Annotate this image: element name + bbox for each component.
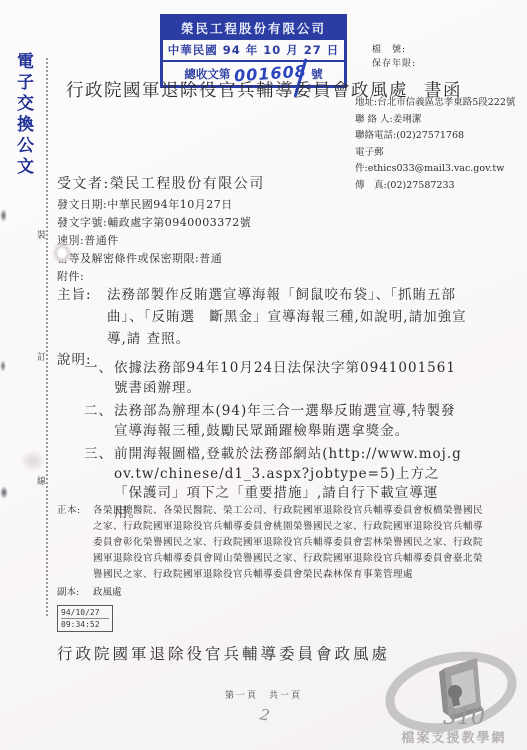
distribution-section: 正本: 各榮民總醫院、各榮民醫院、榮工公司、行政院國軍退除役官兵輔導委員會板橋榮… (57, 503, 489, 664)
scanned-document-page: 電子交換公文 裝 訂 線 榮民工程股份有限公司 中華民國 94 年 10 月 2… (0, 0, 527, 750)
contact-block: 地址:台北市信義區忠孝東路5段222號 聯 絡 人:姜琍潔 聯絡電話:(02)2… (355, 95, 527, 194)
explanation-item-2: 二、 法務部為辦理本(94)年三合一選舉反賄選宣導,特製發宣導海報三種,鼓勵民眾… (84, 402, 480, 441)
attachment-line: 附件: (57, 268, 84, 284)
cc-recipients-row: 副本: 政風處 (57, 585, 489, 601)
recipient-value: 榮民工程股份有限公司 (110, 176, 265, 192)
issue-date-value: 中華民國94年10月27日 (107, 198, 233, 211)
recipient-line: 受文者:榮民工程股份有限公司 (57, 173, 265, 193)
cc-copy-label: 副本: (57, 585, 93, 601)
scan-artifact (20, 450, 46, 472)
phone-label: 聯絡電話: (355, 130, 396, 141)
item-2-text: 法務部為辦理本(94)年三合一選舉反賄選宣導,特製發宣導海報三種,鼓勵民眾踊躍檢… (114, 402, 462, 441)
issue-number-value: 輔政處字第0940003372號 (107, 216, 251, 229)
binding-dotted-line (46, 58, 48, 616)
fax-value: (02)27587233 (387, 180, 455, 191)
recipient-label: 受文者: (57, 176, 110, 192)
fax-label: 傳 真: (355, 180, 387, 191)
retention-period-label: 保存年限: (372, 58, 416, 72)
timestamp-time: 09:34:52 (61, 618, 109, 630)
file-number-label: 檔 號: (372, 44, 416, 58)
security-class-label: 密等及解密條件或保密期限: (57, 252, 199, 265)
original-recipients-row: 正本: 各榮民總醫院、各榮民醫院、榮工公司、行政院國軍退除役官兵輔導委員會板橋榮… (57, 503, 489, 583)
issue-date-label: 發文日期: (57, 198, 107, 211)
received-stamp-company: 榮民工程股份有限公司 (163, 17, 344, 40)
binding-mark-xian: 線 (37, 476, 46, 488)
contact-address-line: 地址:台北市信義區忠孝東路5段222號 (355, 95, 527, 112)
original-copy-label: 正本: (57, 503, 93, 583)
contact-email-line: 電子郵件:ethics033@mail3.vac.gov.tw (355, 145, 527, 178)
timestamp-stamp: 94/10/27 09:34:52 (57, 605, 113, 632)
item-1-number: 一、 (84, 359, 114, 398)
issue-number-line: 發文字號:輔政處字第0940003372號 (57, 214, 251, 230)
scan-artifact (0, 360, 6, 372)
speed-class-label: 速別: (57, 234, 84, 247)
scan-artifact (0, 209, 7, 222)
electronic-exchange-label: 電子交換公文 (11, 52, 36, 178)
issue-number-label: 發文字號: (57, 216, 107, 229)
address-label: 地址: (355, 97, 377, 108)
original-copy-list: 各榮民總醫院、各榮民醫院、榮工公司、行政院國軍退除役官兵輔導委員會板橋榮譽國民之… (93, 503, 487, 583)
received-stamp-date: 中華民國 94 年 10 月 27 日 (163, 40, 344, 62)
issue-date-line: 發文日期:中華民國94年10月27日 (57, 196, 233, 212)
binding-mark-zhuang: 裝 (37, 230, 46, 242)
scan-artifact (0, 486, 8, 499)
explanation-item-1: 一、 依據法務部94年10月24日法保決字第0941001561號書函辦理。 (84, 359, 480, 398)
item-2-number: 二、 (84, 402, 114, 441)
speed-class-line: 速別:普通件 (57, 232, 119, 248)
contact-fax-line: 傳 真:(02)27587233 (355, 178, 527, 195)
attachment-label: 附件: (57, 270, 84, 283)
file-header: 檔 號: 保存年限: (372, 44, 416, 71)
item-1-text: 依據法務部94年10月24日法保決字第0941001561號書函辦理。 (114, 359, 462, 398)
person-label: 聯 絡 人: (355, 114, 393, 125)
email-value: ethics033@mail3.vac.gov.tw (368, 163, 505, 174)
explanation-items: 一、 依據法務部94年10月24日法保決字第0941001561號書函辦理。 二… (84, 359, 480, 527)
subject-section: 主旨: 法務部製作反賄選宣導海報「飼鼠咬布袋」、「抓賄五部曲」、「反賄選 斷黑金… (57, 284, 479, 350)
handwritten-page-mark: 2 (259, 705, 272, 724)
contact-person-line: 聯 絡 人:姜琍潔 (355, 112, 527, 129)
subject-label: 主旨: (57, 284, 107, 350)
person-value: 姜琍潔 (393, 114, 422, 125)
speed-class-value: 普通件 (84, 234, 119, 247)
binding-mark-ding: 訂 (37, 352, 46, 364)
subject-text: 法務部製作反賄選宣導海報「飼鼠咬布袋」、「抓賄五部曲」、「反賄選 斷黑金」宣導海… (107, 284, 467, 350)
watermark-caption: 檔案支援教學網 (387, 727, 521, 746)
timestamp-date: 94/10/27 (61, 607, 109, 618)
archive-watermark: 310 檔案支援教學網 (385, 646, 525, 748)
address-value: 台北市信義區忠孝東路5段222號 (377, 97, 515, 108)
phone-value: (02)27571768 (396, 130, 464, 141)
security-class-value: 普通 (199, 252, 222, 265)
contact-phone-line: 聯絡電話:(02)27571768 (355, 128, 527, 145)
cc-copy-value: 政風處 (93, 585, 122, 601)
security-class-line: 密等及解密條件或保密期限:普通 (57, 250, 222, 266)
